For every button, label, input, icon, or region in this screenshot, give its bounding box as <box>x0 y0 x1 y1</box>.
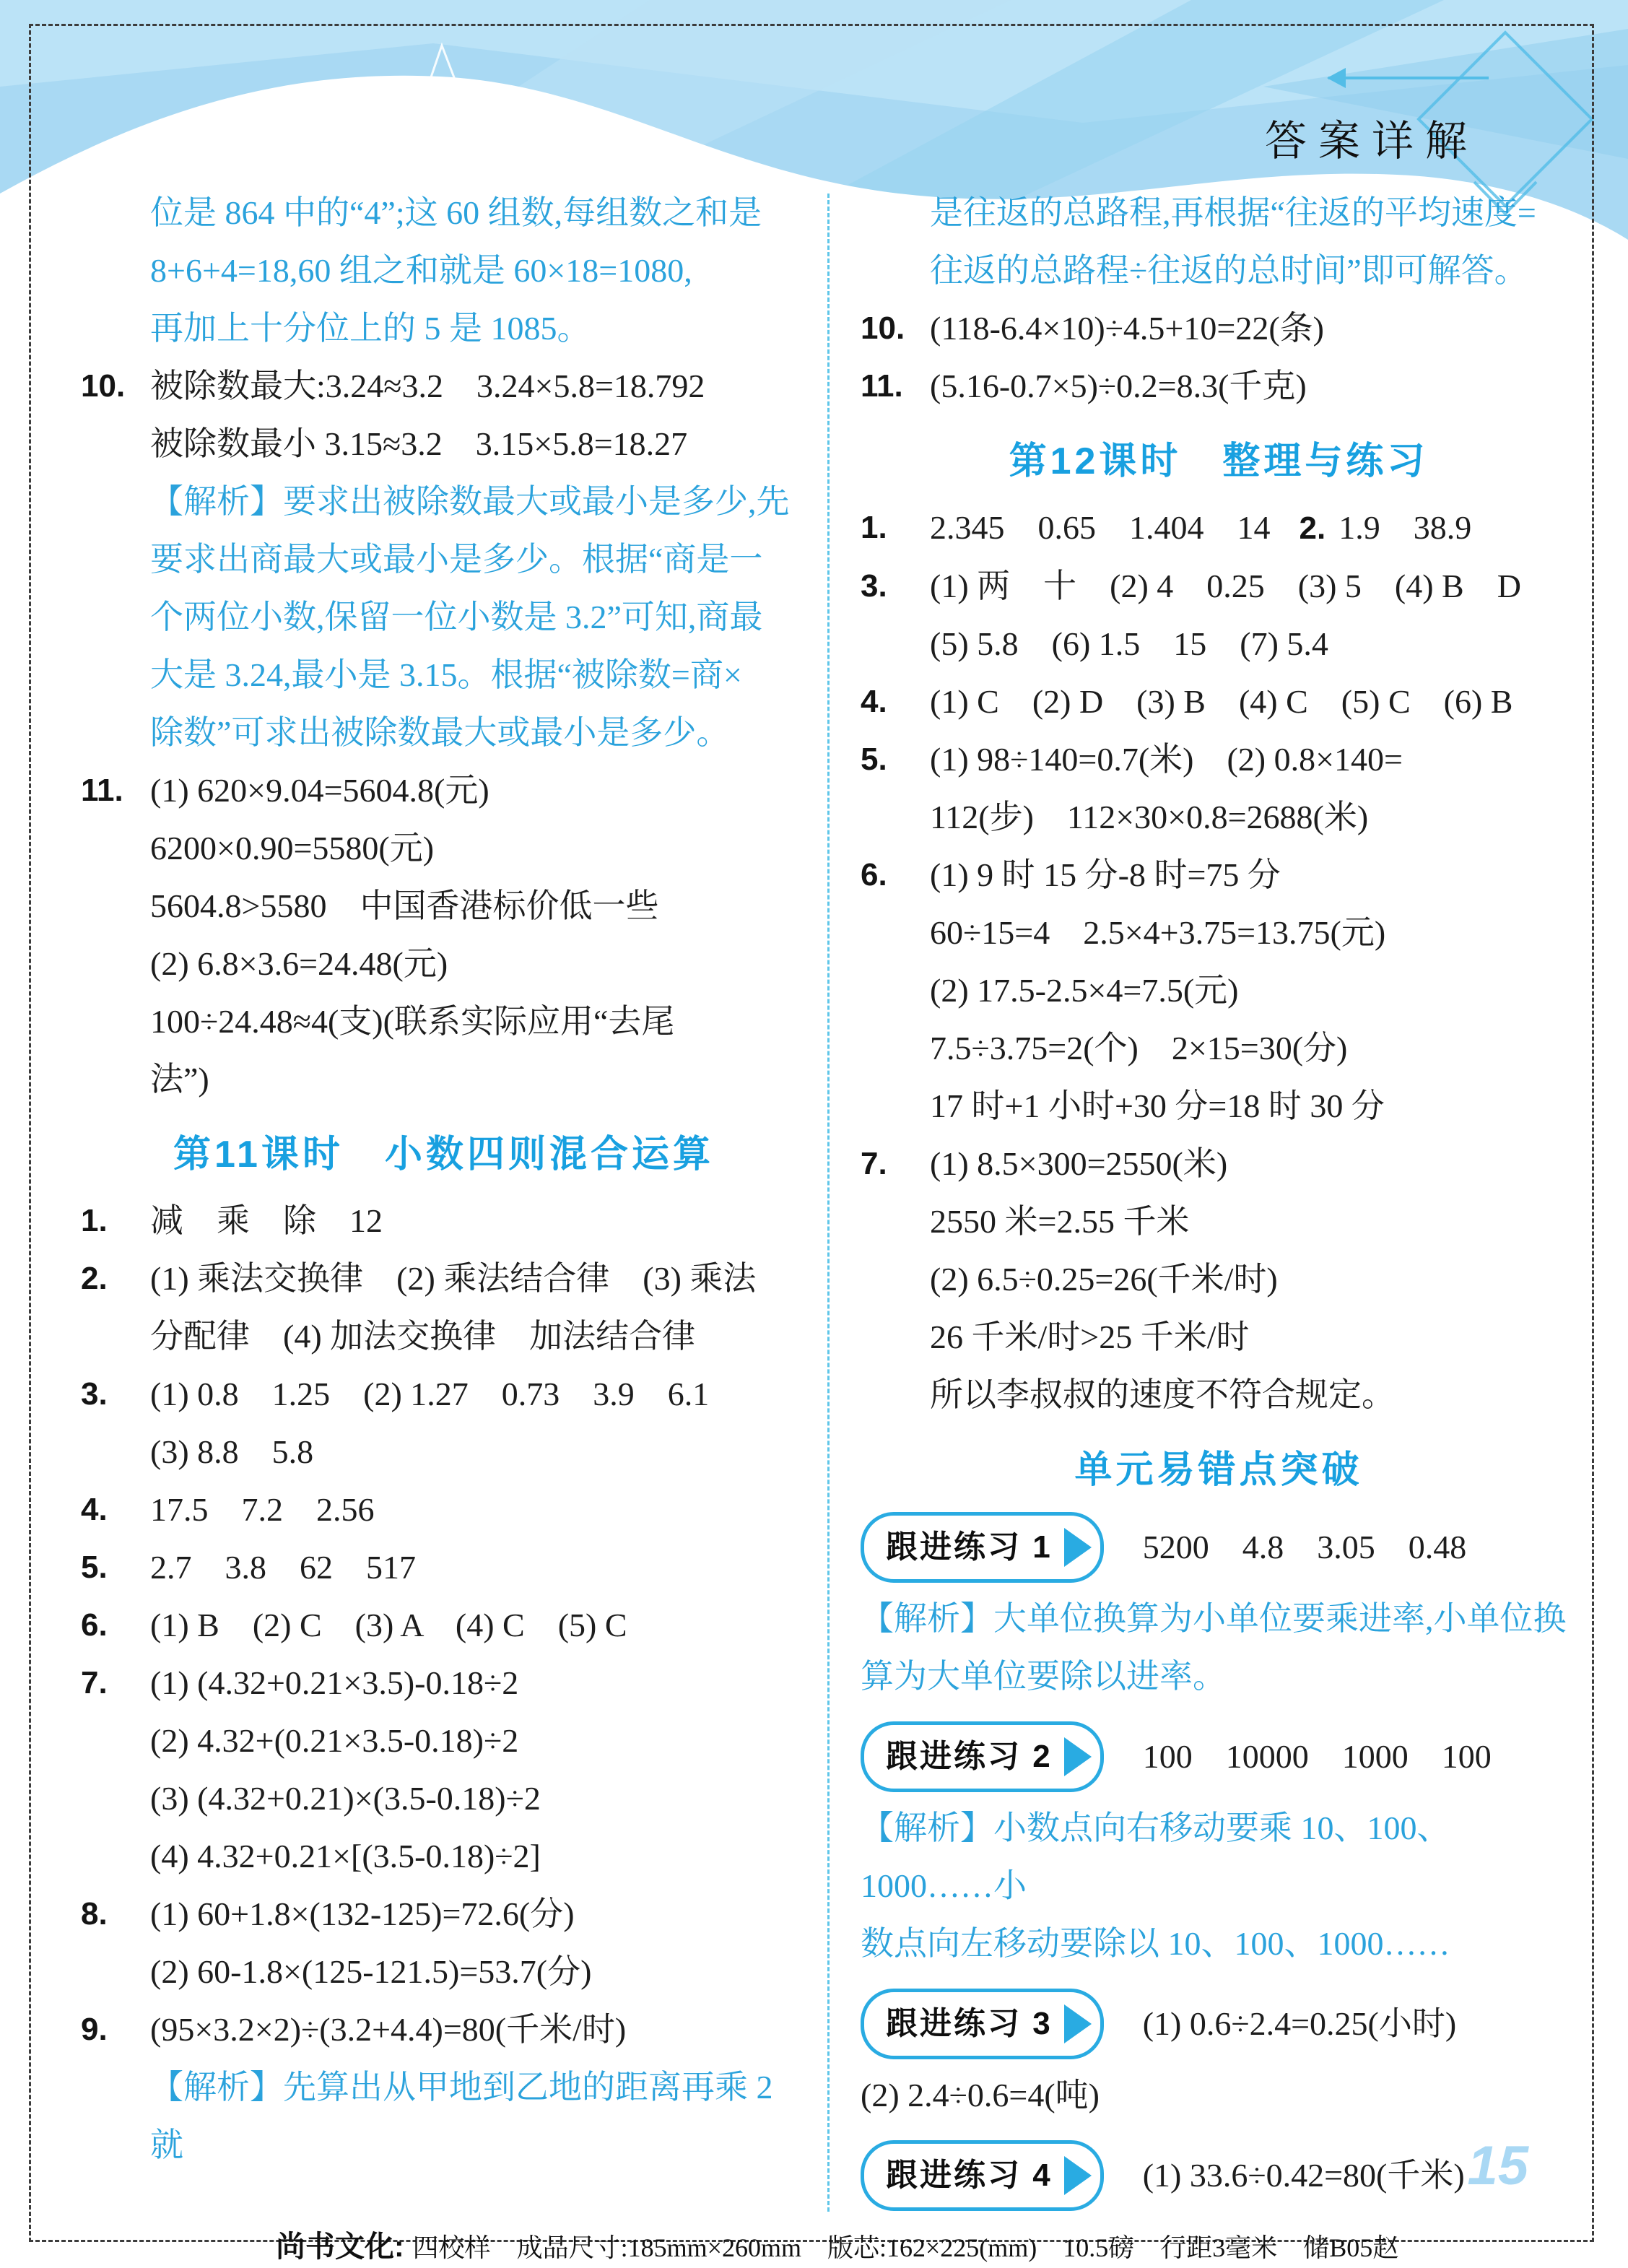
answer-line: (1) 620×9.04=5604.8(元) <box>150 762 806 820</box>
column-divider <box>827 194 830 2212</box>
analysis-line: 往返的总路程÷往返的总时间”即可解答。 <box>930 242 1577 300</box>
item-number: 2. <box>1300 510 1326 546</box>
analysis-line: 数点向左移动要除以 10、100、1000…… <box>861 1915 1577 1973</box>
answer-line: (95×3.2×2)÷(3.2+4.4)=80(千米/时) <box>150 2001 806 2059</box>
item-number: 9. <box>81 2001 108 2059</box>
drill-analysis-2: 【解析】小数点向右移动要乘 10、100、1000……小 数点向左移动要除以 1… <box>861 1799 1577 1973</box>
item-number: 7. <box>81 1654 108 1712</box>
answer-line: (2) 60-1.8×(125-121.5)=53.7(分) <box>150 1943 806 2001</box>
answer-text: 2.345 0.65 1.404 14 <box>930 509 1271 546</box>
answer-item-3: 3. (1) 0.8 1.25 (2) 1.27 0.73 3.9 6.1 (3… <box>81 1365 806 1481</box>
unit-heading: 单元易错点突破 <box>861 1444 1577 1496</box>
lesson-heading-12: 第12课时 整理与练习 <box>861 435 1577 487</box>
drill-label: 跟进练习 2 <box>886 1728 1053 1786</box>
answer-item-8: 8. (1) 60+1.8×(132-125)=72.6(分) (2) 60-1… <box>81 1885 806 2001</box>
answer-line: (2) 6.8×3.6=24.48(元) <box>150 935 806 993</box>
answer-item-10: 10. 被除数最大:3.24≈3.2 3.24×5.8=18.792 被除数最小… <box>81 357 806 762</box>
answer-item-4: 4. 17.5 7.2 2.56 <box>81 1481 806 1539</box>
analysis-line: 位是 864 中的“4”;这 60 组数,每组数之和是 <box>150 184 806 242</box>
answer-line: (1) 9 时 15 分-8 时=75 分 <box>930 846 1577 904</box>
item-number: 3. <box>81 1365 108 1423</box>
answer-line: (2) 4.32+(0.21×3.5-0.18)÷2 <box>150 1712 806 1770</box>
drill-answer: (1) 0.6÷2.4=0.25(小时) <box>1143 1995 1456 2053</box>
drill-badge-2: 跟进练习 2 <box>861 1721 1104 1792</box>
analysis-line: 算为大单位要除以进率。 <box>861 1648 1577 1706</box>
drill-answer: 100 10000 1000 100 <box>1143 1728 1492 1786</box>
answer-line: (3) (4.32+0.21)×(3.5-0.18)÷2 <box>150 1770 806 1828</box>
answer-line: (1) 乘法交换律 (2) 乘法结合律 (3) 乘法 <box>150 1250 806 1308</box>
answer-line: 所以李叔叔的速度不符合规定。 <box>930 1366 1577 1424</box>
answer-line: 112(步) 112×30×0.8=2688(米) <box>930 788 1577 846</box>
answer-item-11: 11. (5.16-0.7×5)÷0.2=8.3(千克) <box>861 357 1577 415</box>
answer-line: (1) C (2) D (3) B (4) C (5) C (6) B <box>930 673 1577 731</box>
answer-line: 6200×0.90=5580(元) <box>150 820 806 877</box>
answer-item-6: 6. (1) B (2) C (3) A (4) C (5) C <box>81 1596 806 1654</box>
drill-row-1: 跟进练习 1 5200 4.8 3.05 0.48 <box>861 1512 1577 1583</box>
answer-item-11: 11. (1) 620×9.04=5604.8(元) 6200×0.90=558… <box>81 762 806 1108</box>
analysis-line: 【解析】小数点向右移动要乘 10、100、1000……小 <box>861 1799 1577 1915</box>
drill-label: 跟进练习 1 <box>886 1518 1053 1576</box>
answer-line: (5) 5.8 (6) 1.5 15 (7) 5.4 <box>930 615 1577 673</box>
analysis-line: 【解析】要求出被除数最大或最小是多少,先 <box>150 473 806 531</box>
answer-line: 17 时+1 小时+30 分=18 时 30 分 <box>930 1077 1577 1135</box>
answer-line: (3) 8.8 5.8 <box>150 1423 806 1481</box>
answer-line: 法”) <box>150 1051 806 1108</box>
answer-line: (118-6.4×10)÷4.5+10=22(条) <box>930 300 1577 357</box>
drill-badge-4: 跟进练习 4 <box>861 2140 1104 2211</box>
answer-line: (1) 98÷140=0.7(米) (2) 0.8×140= <box>930 731 1577 788</box>
answer-item-1-2: 1. 2.345 0.65 1.404 142.1.9 38.9 <box>861 499 1577 557</box>
answer-line: (2) 17.5-2.5×4=7.5(元) <box>930 962 1577 1020</box>
answer-line: (1) 两 十 (2) 4 0.25 (3) 5 (4) B D <box>930 557 1577 615</box>
drill-row-2: 跟进练习 2 100 10000 1000 100 <box>861 1721 1577 1792</box>
item-number: 3. <box>861 557 887 615</box>
answer-line: 7.5÷3.75=2(个) 2×15=30(分) <box>930 1020 1577 1077</box>
answer-item-1: 1. 减 乘 除 12 <box>81 1192 806 1250</box>
arrow-right-icon <box>1064 2004 1092 2043</box>
answer-item-2: 2. (1) 乘法交换律 (2) 乘法结合律 (3) 乘法 分配律 (4) 加法… <box>81 1250 806 1365</box>
page-title: 答案详解 <box>1265 107 1479 168</box>
answer-line: 17.5 7.2 2.56 <box>150 1481 806 1539</box>
answer-line: (1) B (2) C (3) A (4) C (5) C <box>150 1596 806 1654</box>
answer-line: (1) 60+1.8×(132-125)=72.6(分) <box>150 1885 806 1943</box>
analysis-line: 大是 3.24,最小是 3.15。根据“被除数=商× <box>150 646 806 704</box>
item-number: 4. <box>861 673 887 731</box>
item-number: 1. <box>81 1192 108 1250</box>
footer-text: 四校样 成品尺寸:185mm×260mm 版芯:162×225(mm) 10.5… <box>413 2233 1399 2262</box>
answer-item-9: 9. (95×3.2×2)÷(3.2+4.4)=80(千米/时) 【解析】先算出… <box>81 2001 806 2174</box>
arrow-right-icon <box>1064 2156 1092 2195</box>
item-number: 5. <box>861 731 887 788</box>
drill-badge-1: 跟进练习 1 <box>861 1512 1104 1583</box>
drill-answer-line: (2) 2.4÷0.6=4(吨) <box>861 2067 1577 2124</box>
item-number: 10. <box>81 357 125 415</box>
answer-item-5: 5. 2.7 3.8 62 517 <box>81 1539 806 1596</box>
drill-label: 跟进练习 3 <box>886 1995 1053 2053</box>
answer-line: 26 千米/时>25 千米/时 <box>930 1308 1577 1366</box>
drill-answer: 5200 4.8 3.05 0.48 <box>1143 1518 1467 1576</box>
answer-line: 分配律 (4) 加法交换律 加法结合律 <box>150 1308 806 1365</box>
page-number: 15 <box>1467 2134 1528 2197</box>
analysis-line: 再加上十分位上的 5 是 1085。 <box>150 300 806 357</box>
answer-line: (1) (4.32+0.21×3.5)-0.18÷2 <box>150 1654 806 1712</box>
answer-line: (2) 6.5÷0.25=26(千米/时) <box>930 1251 1577 1308</box>
item-number: 11. <box>861 357 903 415</box>
answer-line: 2.7 3.8 62 517 <box>150 1539 806 1596</box>
drill-analysis-1: 【解析】大单位换算为小单位要乘进率,小单位换 算为大单位要除以进率。 <box>861 1590 1577 1706</box>
analysis-line: 【解析】先算出从甲地到乙地的距离再乘 2 就 <box>150 2059 806 2174</box>
answer-line: 2.345 0.65 1.404 142.1.9 38.9 <box>930 499 1577 557</box>
answer-line: 60÷15=4 2.5×4+3.75=13.75(元) <box>930 904 1577 962</box>
left-column: 位是 864 中的“4”;这 60 组数,每组数之和是 8+6+4=18,60 … <box>81 184 806 2174</box>
answer-item-4: 4. (1) C (2) D (3) B (4) C (5) C (6) B <box>861 673 1577 731</box>
answer-line: (5.16-0.7×5)÷0.2=8.3(千克) <box>930 357 1577 415</box>
item-number: 2. <box>81 1250 108 1308</box>
answer-line: 2550 米=2.55 千米 <box>930 1193 1577 1251</box>
answer-line: (1) 8.5×300=2550(米) <box>930 1135 1577 1193</box>
item-number: 8. <box>81 1885 108 1943</box>
answer-item-3: 3. (1) 两 十 (2) 4 0.25 (3) 5 (4) B D (5) … <box>861 557 1577 673</box>
item-number: 10. <box>861 300 905 357</box>
item-number: 4. <box>81 1481 108 1539</box>
carryover-analysis: 位是 864 中的“4”;这 60 组数,每组数之和是 8+6+4=18,60 … <box>81 184 806 357</box>
footer-brand: 尚书文化: <box>276 2230 404 2263</box>
item-number: 6. <box>861 846 887 904</box>
answer-line: 减 乘 除 12 <box>150 1192 806 1250</box>
answer-line: 100÷24.48≈4(支)(联系实际应用“去尾 <box>150 993 806 1051</box>
drill-row-3: 跟进练习 3 (1) 0.6÷2.4=0.25(小时) <box>861 1989 1577 2059</box>
drill-answer: (1) 33.6÷0.42=80(千米) <box>1143 2147 1465 2204</box>
answer-item-7: 7. (1) (4.32+0.21×3.5)-0.18÷2 (2) 4.32+(… <box>81 1654 806 1885</box>
item-number: 7. <box>861 1135 887 1193</box>
analysis-line: 个两位小数,保留一位小数是 3.2”可知,商最 <box>150 588 806 646</box>
footer-print-spec: 尚书文化:四校样 成品尺寸:185mm×260mm 版芯:162×225(mm)… <box>276 2223 1398 2265</box>
item-number: 11. <box>81 762 123 820</box>
lesson-heading-11: 第11课时 小数四则混合运算 <box>81 1129 806 1181</box>
carryover-analysis: 是往返的总路程,再根据“往返的平均速度= 往返的总路程÷往返的总时间”即可解答。 <box>861 184 1577 300</box>
answer-text: 1.9 38.9 <box>1338 509 1471 546</box>
drill-label: 跟进练习 4 <box>886 2147 1053 2204</box>
analysis-line: 【解析】大单位换算为小单位要乘进率,小单位换 <box>861 1590 1577 1648</box>
answer-item-7: 7. (1) 8.5×300=2550(米) 2550 米=2.55 千米 (2… <box>861 1135 1577 1424</box>
analysis-line: 除数”可求出被除数最大或最小是多少。 <box>150 704 806 762</box>
answer-line: 被除数最小 3.15≈3.2 3.15×5.8=18.27 <box>150 415 806 473</box>
analysis-line: 8+6+4=18,60 组之和就是 60×18=1080, <box>150 242 806 300</box>
answer-line: (4) 4.32+0.21×[(3.5-0.18)÷2] <box>150 1828 806 1885</box>
item-number: 6. <box>81 1596 108 1654</box>
analysis-line: 要求出商最大或最小是多少。根据“商是一 <box>150 531 806 588</box>
answer-item-5: 5. (1) 98÷140=0.7(米) (2) 0.8×140= 112(步)… <box>861 731 1577 846</box>
analysis-line: 是往返的总路程,再根据“往返的平均速度= <box>930 184 1577 242</box>
answer-line: 被除数最大:3.24≈3.2 3.24×5.8=18.792 <box>150 357 806 415</box>
arrow-right-icon <box>1064 1737 1092 1776</box>
answer-item-6: 6. (1) 9 时 15 分-8 时=75 分 60÷15=4 2.5×4+3… <box>861 846 1577 1135</box>
answer-line: (1) 0.8 1.25 (2) 1.27 0.73 3.9 6.1 <box>150 1365 806 1423</box>
item-number: 5. <box>81 1539 108 1596</box>
drill-badge-3: 跟进练习 3 <box>861 1989 1104 2059</box>
answer-line: 5604.8>5580 中国香港标价低一些 <box>150 877 806 935</box>
arrow-right-icon <box>1064 1528 1092 1567</box>
right-column: 是往返的总路程,再根据“往返的平均速度= 往返的总路程÷往返的总时间”即可解答。… <box>861 184 1577 2218</box>
answer-item-10: 10. (118-6.4×10)÷4.5+10=22(条) <box>861 300 1577 357</box>
item-number: 1. <box>861 499 887 557</box>
